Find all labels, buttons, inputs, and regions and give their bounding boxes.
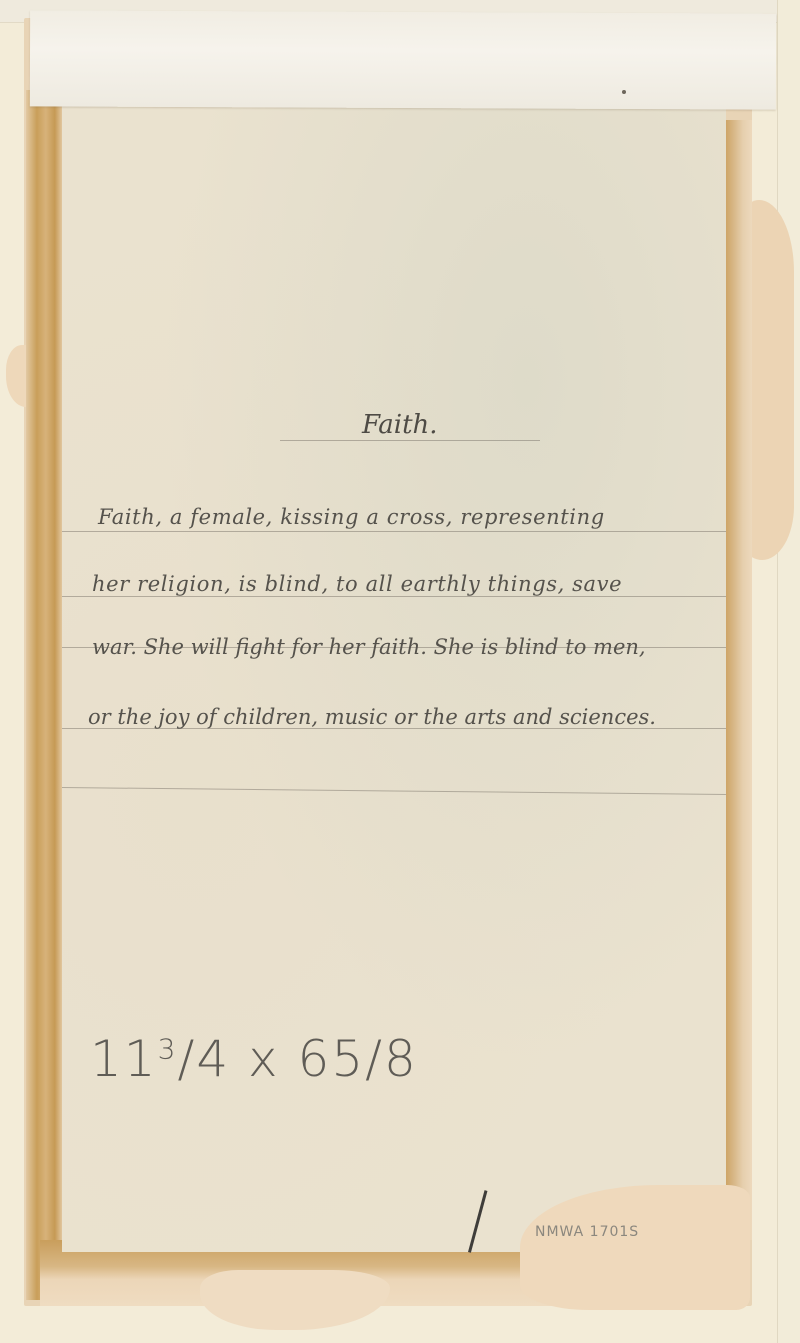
dimension-separator: x (248, 1030, 280, 1088)
ruled-line-2 (62, 596, 726, 597)
accession-number: NMWA 1701S (535, 1224, 639, 1240)
dimension-height-frac-num: 3 (158, 1032, 178, 1065)
dimension-width-frac: 5/8 (331, 1030, 417, 1088)
title-underline (280, 440, 540, 441)
dimension-height-whole: 11 (90, 1030, 158, 1088)
torn-paper-fragment-bottom (200, 1270, 390, 1330)
dimension-height-frac-den: 4 (196, 1030, 230, 1088)
adhesive-residue-left (26, 90, 62, 1300)
ruled-line-1 (62, 531, 726, 532)
document-title: Faith. (362, 410, 438, 440)
tape-mark (622, 90, 626, 94)
dimension-width-whole: 6 (298, 1030, 332, 1088)
note-line-3: war. She will fight for her faith. She i… (92, 635, 646, 659)
mount-right-edge (777, 0, 800, 1343)
dimensions-note: 113/4 x 65/8 (90, 1030, 418, 1088)
note-line-1: Faith, a female, kissing a cross, repres… (98, 505, 605, 529)
note-line-4: or the joy of children, music or the art… (88, 705, 656, 729)
adhesive-residue-right (722, 120, 752, 1240)
note-line-2: her religion, is blind, to all earthly t… (92, 572, 622, 596)
masking-tape (30, 10, 776, 109)
